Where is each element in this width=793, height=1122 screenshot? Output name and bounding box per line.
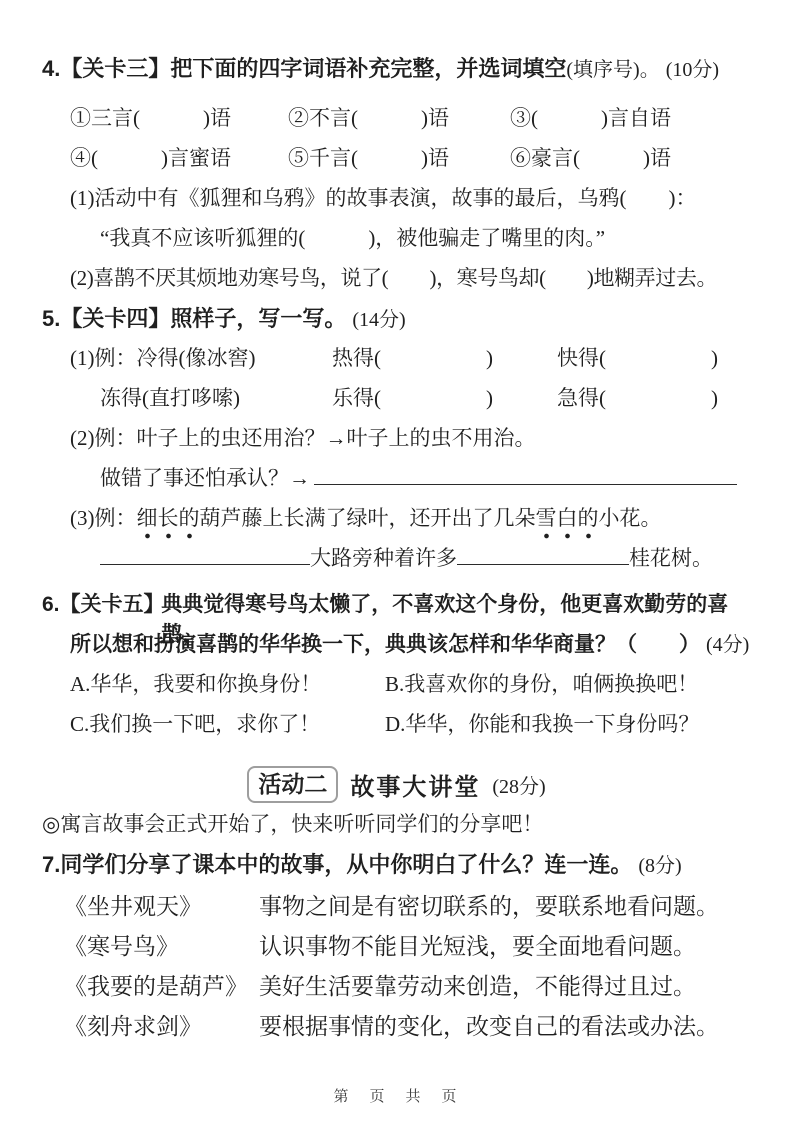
q4-header: 4.【关卡三】把下面的四字词语补充完整，并选词填空(填序号)。(10分) — [42, 52, 751, 92]
q5-ex3-answer-line: 大路旁种着许多 桂花树。 — [42, 542, 751, 582]
q6-header-line2: 所以想和扮演喜鹊的华华换一下，典典该怎样和华华商量？（ ）(4分) — [42, 628, 751, 668]
q4-item-6: ⑥豪言( )语 — [510, 142, 671, 172]
q7-moral-2: 认识事物不能目光短浅，要全面地看问题。 — [259, 928, 696, 961]
page-footer: 第 页 共 页 — [0, 1085, 793, 1106]
q4-sub1-line1: (1)活动中有《狐狸和乌鸦》的故事表演，故事的最后，乌鸦( )： — [42, 182, 751, 222]
q4-sub1-text1: (1)活动中有《狐狸和乌鸦》的故事表演，故事的最后，乌鸦( )： — [70, 182, 696, 212]
activity2-note-text: ◎寓言故事会正式开始了，快来听听同学们的分享吧！ — [42, 808, 543, 838]
q4-blank-row-2: ④( )言蜜语 ⑤千言( )语 ⑥豪言( )语 — [42, 142, 751, 182]
q6-score: (4分) — [706, 628, 749, 657]
q7-match-row-2: 《寒号鸟》 认识事物不能目光短浅，要全面地看问题。 — [42, 928, 751, 968]
q7-match-row-3: 《我要的是葫芦》 美好生活要靠劳动来创造，不能得过且过。 — [42, 968, 751, 1008]
activity2-banner: 活动二 故事大讲堂 (28分) — [42, 760, 751, 808]
q5-ex2-example-text: (2)例：叶子上的虫还用治？→叶子上的虫不用治。 — [70, 422, 536, 452]
answer-underline — [314, 482, 737, 485]
q4-number: 4. — [42, 56, 60, 82]
q5-ex3-prefix: (3)例： — [70, 502, 137, 532]
q6-header-line1: 6.【关卡五】典典觉得寒号鸟太懒了，不喜欢这个身份，他更喜欢勤劳的喜鹊， — [42, 588, 751, 628]
q5-score: (14分) — [352, 303, 405, 332]
q5-ex1-blank-hot: 热得( ) — [332, 342, 557, 372]
q7-story-title-3: 《我要的是葫芦》 — [64, 968, 259, 1001]
q4-sub1-line2: “我真不应该听狐狸的( )，被他骗走了嘴里的肉。” — [42, 222, 751, 262]
q5-ex3-fill-mid: 大路旁种着许多 — [310, 542, 457, 572]
q7-story-title-2: 《寒号鸟》 — [64, 928, 259, 961]
q7-moral-1: 事物之间是有密切联系的，要联系地看问题。 — [259, 888, 719, 921]
q6-text-line2: 所以想和扮演喜鹊的华华换一下，典典该怎样和华华商量？（ ） — [70, 628, 700, 658]
activity2-title: 故事大讲堂 — [350, 767, 480, 802]
q5-ex3-emphasized-1: 细长的 — [137, 502, 200, 539]
activity2-note-line: ◎寓言故事会正式开始了，快来听听同学们的分享吧！ — [42, 808, 751, 848]
q5-ex1-blank-fast: 快得( ) — [557, 342, 718, 372]
q4-blank-row-1: ①三言( )语 ②不言( )语 ③( )言自语 — [42, 102, 751, 142]
q5-ex3-fill-end: 桂花树。 — [629, 542, 713, 572]
q6-option-d: D.华华，你能和我换一下身份吗？ — [385, 708, 699, 738]
q5-ex2-prompt-text: 做错了事还怕承认？→ — [100, 462, 310, 492]
q6-options-row1: A.华华，我要和你换身份！ B.我喜欢你的身份，咱俩换换吧！ — [42, 668, 751, 708]
q7-match-row-1: 《坐井观天》 事物之间是有密切联系的，要联系地看问题。 — [42, 888, 751, 928]
q4-item-5: ⑤千言( )语 — [288, 142, 510, 172]
q5-ex1-example: (1)例：冷得(像冰窖) — [70, 342, 332, 372]
q4-note: (填序号)。 — [566, 53, 659, 82]
q7-title: 同学们分享了课本中的故事，从中你明白了什么？连一连。 — [60, 848, 632, 879]
q4-item-3: ③( )言自语 — [510, 102, 671, 132]
q6-number: 6. — [42, 593, 60, 617]
q5-ex3-suffix: 小花。 — [599, 502, 662, 532]
q5-ex2-example-line: (2)例：叶子上的虫还用治？→叶子上的虫不用治。 — [42, 422, 751, 462]
activity2-badge: 活动二 — [247, 766, 338, 803]
q7-number: 7. — [42, 852, 60, 878]
q7-story-title-4: 《刻舟求剑》 — [64, 1008, 259, 1041]
q4-sub2-line: (2)喜鹊不厌其烦地劝寒号鸟，说了( )，寒号鸟却( )地糊弄过去。 — [42, 262, 751, 302]
q4-sub1-text2: “我真不应该听狐狸的( )，被他骗走了嘴里的肉。” — [100, 222, 605, 252]
q7-moral-3: 美好生活要靠劳动来创造，不能得过且过。 — [259, 968, 696, 1001]
q6-option-a: A.华华，我要和你换身份！ — [70, 668, 385, 698]
answer-underline — [457, 562, 629, 565]
q5-ex1-blank-happy: 乐得( ) — [332, 382, 557, 412]
q7-header: 7.同学们分享了课本中的故事，从中你明白了什么？连一连。(8分) — [42, 848, 751, 888]
q5-header: 5.【关卡四】照样子，写一写。(14分) — [42, 302, 751, 342]
q7-match-row-4: 《刻舟求剑》 要根据事情的变化，改变自己的看法或办法。 — [42, 1008, 751, 1048]
q5-ex2-answer-line: 做错了事还怕承认？→ — [42, 462, 751, 502]
q7-score: (8分) — [638, 849, 681, 878]
q5-ex1-row2: 冻得(直打哆嗦) 乐得( ) 急得( ) — [42, 382, 751, 422]
test-paper-page: 4.【关卡三】把下面的四字词语补充完整，并选词填空(填序号)。(10分) ①三言… — [0, 0, 793, 1122]
q4-score: (10分) — [666, 53, 719, 82]
q4-item-2: ②不言( )语 — [288, 102, 510, 132]
q5-ex1-blank-anxious: 急得( ) — [557, 382, 718, 412]
answer-underline — [100, 562, 310, 565]
q7-story-title-1: 《坐井观天》 — [64, 888, 259, 921]
q6-tag: 【关卡五】 — [60, 588, 162, 618]
q6-options-row2: C.我们换一下吧，求你了！ D.华华，你能和我换一下身份吗？ — [42, 708, 751, 748]
q7-moral-4: 要根据事情的变化，改变自己的看法或办法。 — [259, 1008, 719, 1041]
q5-ex3-example-line: (3)例：细长的葫芦藤上长满了绿叶，还开出了几朵雪白的小花。 — [42, 502, 751, 542]
q4-item-4: ④( )言蜜语 — [70, 142, 288, 172]
q4-title: 【关卡三】把下面的四字词语补充完整，并选词填空 — [60, 52, 566, 83]
q6-option-c: C.我们换一下吧，求你了！ — [70, 708, 385, 738]
q5-number: 5. — [42, 306, 60, 332]
activity2-score: (28分) — [492, 770, 545, 799]
q6-option-b: B.我喜欢你的身份，咱俩换换吧！ — [385, 668, 698, 698]
q4-sub2-text: (2)喜鹊不厌其烦地劝寒号鸟，说了( )，寒号鸟却( )地糊弄过去。 — [70, 262, 717, 292]
q4-item-1: ①三言( )语 — [70, 102, 288, 132]
q5-ex3-emphasized-2: 雪白的 — [536, 502, 599, 539]
q5-ex1-row1: (1)例：冷得(像冰窖) 热得( ) 快得( ) — [42, 342, 751, 382]
q5-title: 【关卡四】照样子，写一写。 — [60, 302, 346, 333]
q5-ex3-mid: 葫芦藤上长满了绿叶，还开出了几朵 — [200, 502, 536, 532]
q5-ex1-example2: 冻得(直打哆嗦) — [100, 382, 332, 412]
